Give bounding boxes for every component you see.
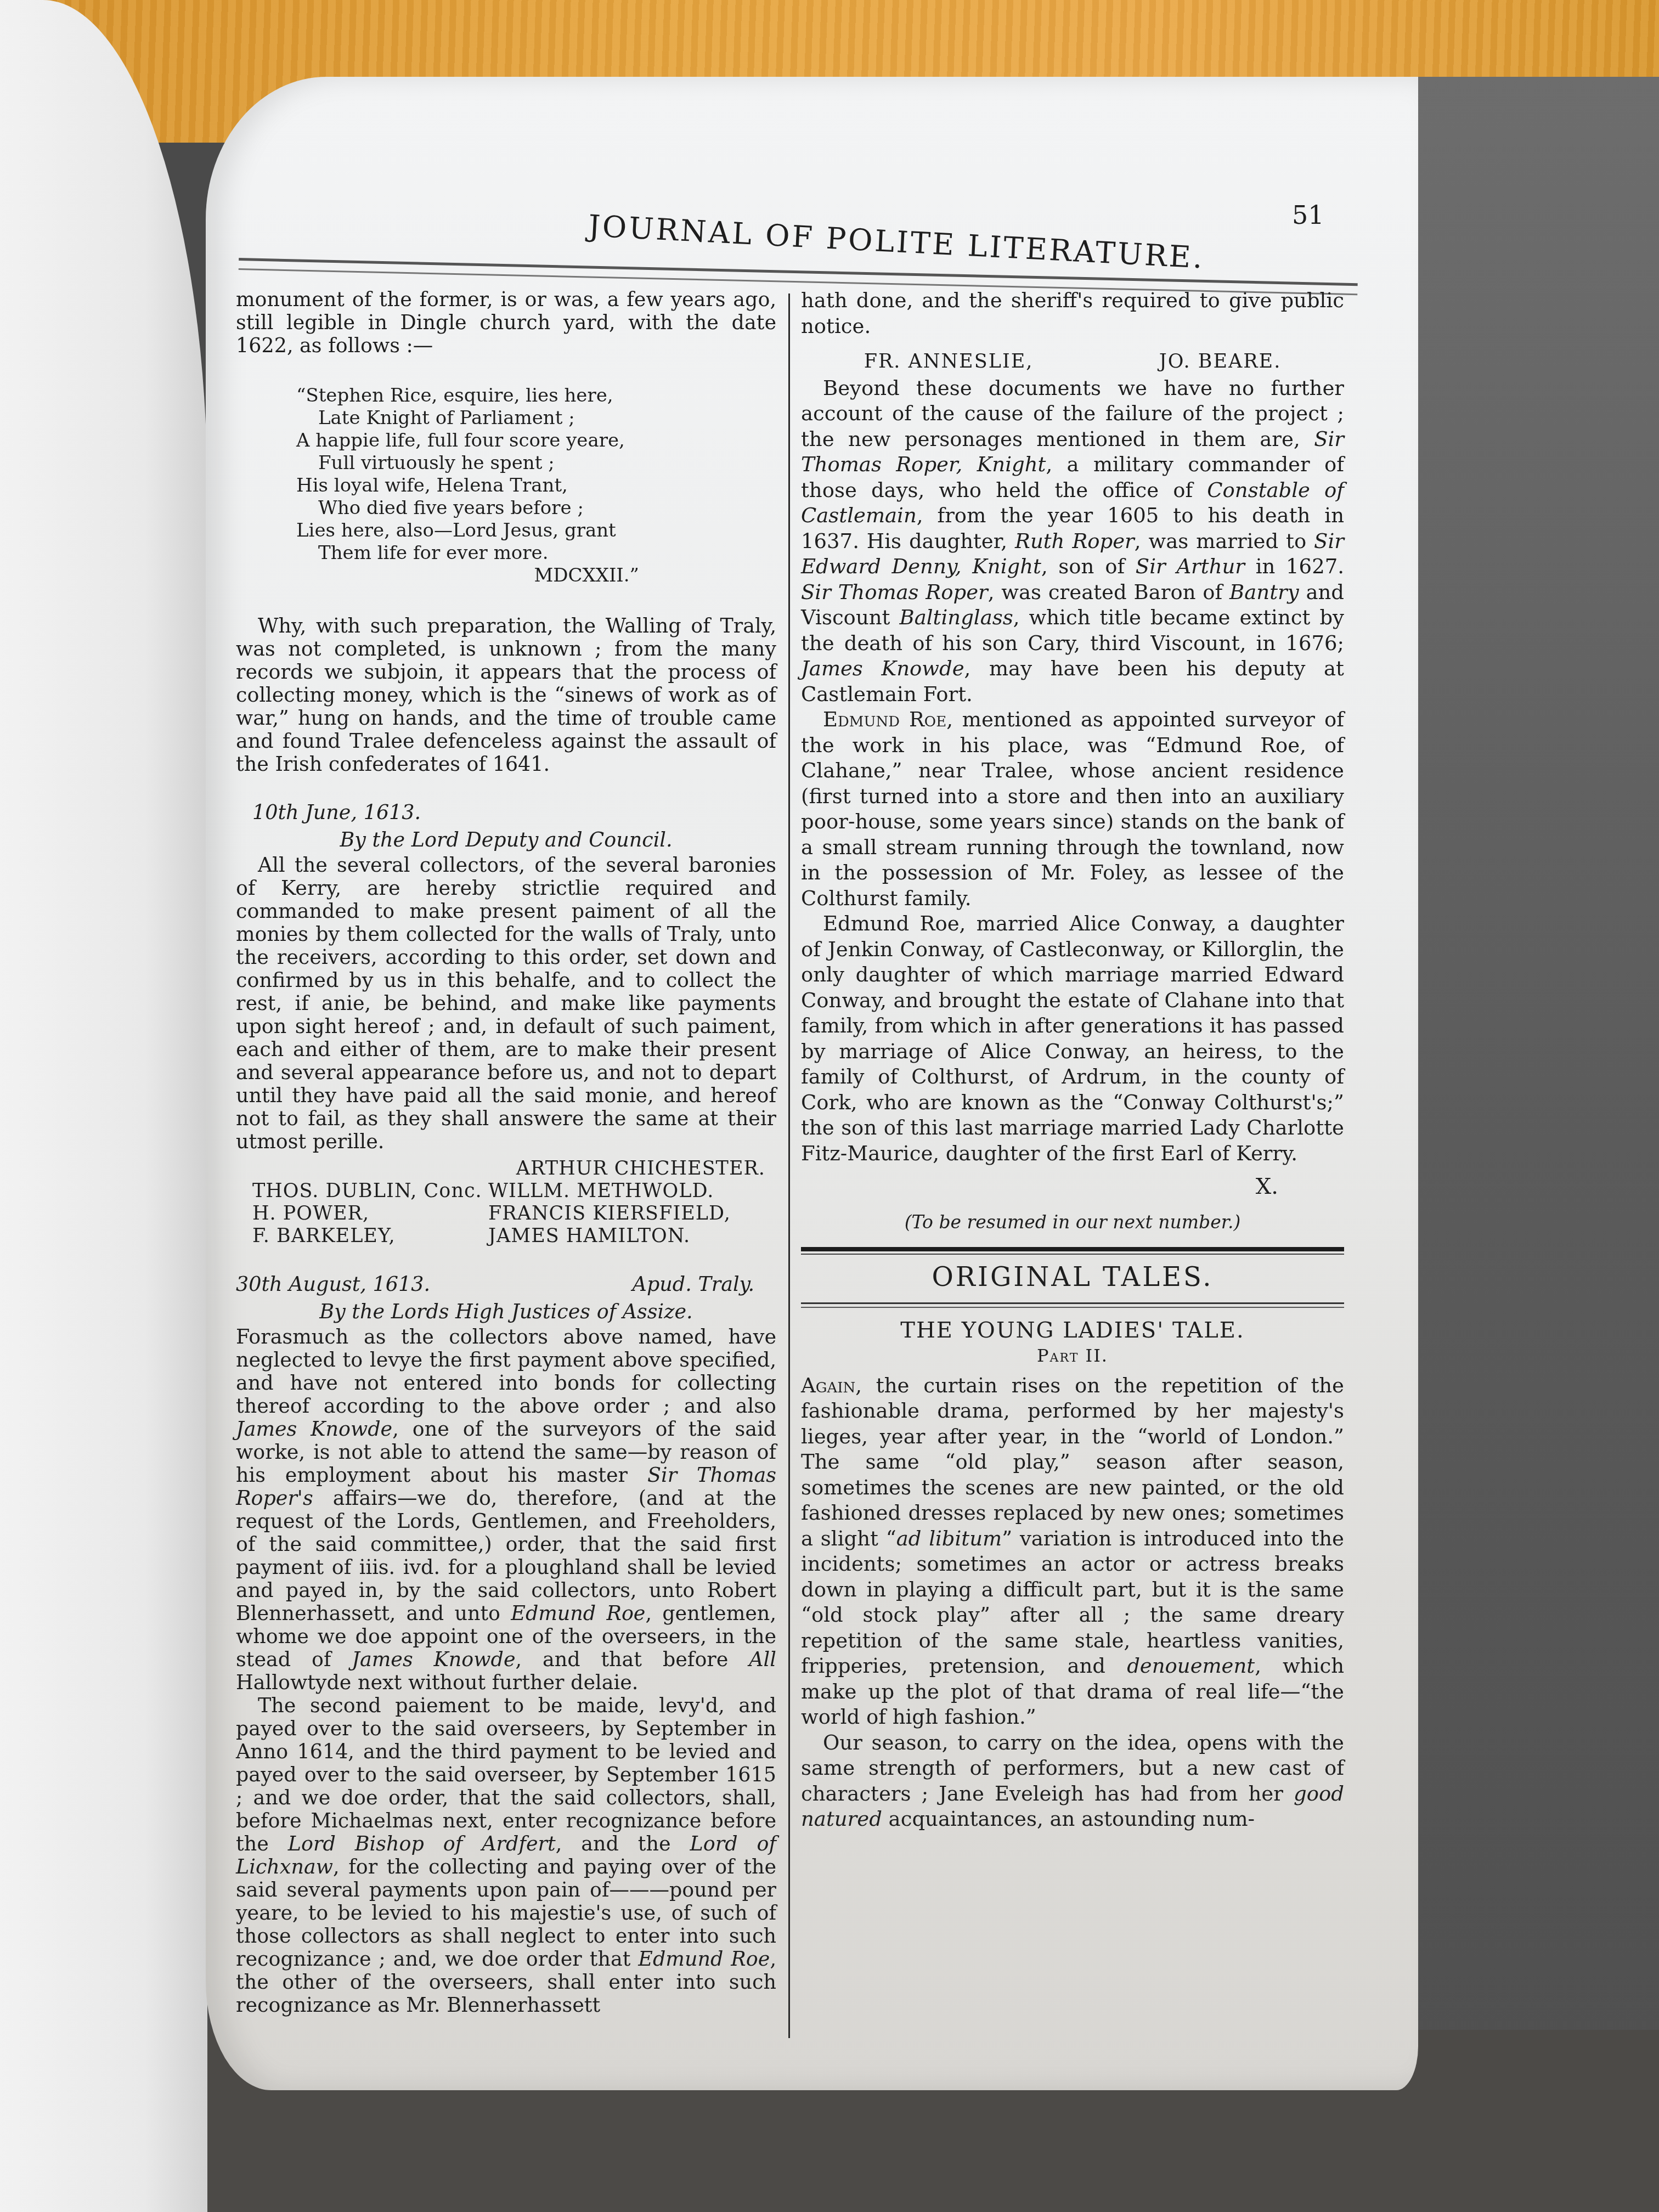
facing-page-edge <box>0 0 207 2212</box>
commentary-paragraph: Edmund Roe, mentioned as appointed surve… <box>801 707 1344 911</box>
italic-name: Lord Bishop of Ardfert <box>288 1832 556 1855</box>
italic-name: Ruth Roper <box>1015 529 1135 553</box>
commentary-paragraph: Edmund Roe, married Alice Conway, a daug… <box>801 911 1344 1166</box>
signatory: H. POWER, <box>236 1203 488 1225</box>
epitaph-line: Them life for ever more. <box>296 542 776 565</box>
document-authority: By the Lord Deputy and Council. <box>236 828 776 851</box>
signatory: THOS. DUBLIN, Conc. <box>236 1180 488 1203</box>
continuation-note: (To be resumed in our next number.) <box>801 1210 1344 1235</box>
italic-name: James Knowde <box>352 1647 515 1671</box>
italic-name: All <box>749 1647 776 1671</box>
tale-title: THE YOUNG LADIES' TALE. <box>801 1318 1344 1344</box>
signatory: FR. ANNESLIE, <box>864 349 1034 375</box>
small-caps-lead: Again <box>801 1374 855 1397</box>
section-title: ORIGINAL TALES. <box>801 1265 1344 1290</box>
left-column: monument of the former, is or was, a few… <box>236 288 776 2017</box>
text-run: , son of <box>1041 555 1136 578</box>
right-column: hath done, and the sheriff's required to… <box>801 288 1344 1832</box>
signatory-row: F. BARKELEY, JAMES HAMILTON. <box>236 1225 776 1248</box>
section-rule-thin <box>801 1254 1344 1255</box>
italic-name: Baltinglass <box>900 606 1013 629</box>
text-run: Our season, to carry on the idea, opens … <box>801 1731 1344 1805</box>
epitaph-line: A happie life, full four score yeare, <box>296 430 776 452</box>
walling-paragraph: Why, with such preparation, the Walling … <box>236 614 776 776</box>
signatory: FRANCIS KIERSFIELD, <box>488 1203 776 1225</box>
section-rule-double <box>801 1302 1344 1308</box>
signatory-row: THOS. DUBLIN, Conc. WILLM. METHWOLD. <box>236 1180 776 1203</box>
signatory: JO. BEARE. <box>1159 349 1282 375</box>
page-number: 51 <box>1292 200 1324 230</box>
text-run: , the curtain rises on the repetition of… <box>801 1374 1344 1550</box>
column-divider <box>788 294 790 2038</box>
signatory-row: H. POWER, FRANCIS KIERSFIELD, <box>236 1203 776 1225</box>
continuation-paragraph: hath done, and the sheriff's required to… <box>801 288 1344 339</box>
text-run: acquaintances, an astounding num- <box>882 1807 1255 1831</box>
italic-name: James Knowde <box>236 1417 392 1441</box>
signatories-block: FR. ANNESLIE, JO. BEARE. <box>801 349 1344 375</box>
signatory: F. BARKELEY, <box>236 1225 488 1248</box>
opening-paragraph: monument of the former, is or was, a few… <box>236 288 776 357</box>
text-run: in 1627. <box>1245 555 1344 578</box>
epitaph-line: Late Knight of Parliament ; <box>296 407 776 430</box>
tale-part: Part II. <box>801 1343 1344 1369</box>
document-body: Forasmuch as the collectors above named,… <box>236 1325 776 1694</box>
tale-paragraph: Our season, to carry on the idea, opens … <box>801 1730 1344 1832</box>
document-authority: By the Lords High Justices of Assize. <box>236 1300 776 1323</box>
epitaph-line: “Stephen Rice, esquire, lies here, <box>296 385 776 407</box>
document-date: 10th June, 1613. <box>236 801 776 824</box>
document-dateline: 30th August, 1613. Apud. Traly. <box>236 1273 776 1296</box>
signatories-block: ARTHUR CHICHESTER. THOS. DUBLIN, Conc. W… <box>236 1158 776 1248</box>
italic-phrase: denouement <box>1127 1654 1255 1678</box>
italic-phrase: ad libitum <box>896 1527 1002 1550</box>
text-run: , was created Baron of <box>988 580 1229 604</box>
signatory: JAMES HAMILTON. <box>488 1225 776 1248</box>
epitaph-date: MDCXXII.” <box>296 565 776 587</box>
tale-paragraph: Again, the curtain rises on the repetiti… <box>801 1373 1344 1730</box>
italic-name: James Knowde <box>801 657 964 680</box>
text-run: Hallowtyde next without further delaie. <box>236 1671 638 1694</box>
commentary-paragraph: Beyond these documents we have no furthe… <box>801 376 1344 708</box>
epitaph: “Stephen Rice, esquire, lies here, Late … <box>296 385 776 587</box>
text-run: The second paiement to be maide, levy'd,… <box>236 1694 776 1855</box>
italic-name: Bantry <box>1229 580 1299 604</box>
text-run: , and the <box>556 1832 690 1855</box>
text-run: , mentioned as appointed surveyor of the… <box>801 708 1344 910</box>
text-run: Beyond these documents we have no furthe… <box>801 376 1344 451</box>
document-body: All the several collectors, of the sever… <box>236 854 776 1153</box>
epitaph-line: Lies here, also—Lord Jesus, grant <box>296 520 776 542</box>
epitaph-line: His loyal wife, Helena Trant, <box>296 475 776 497</box>
signatory: ARTHUR CHICHESTER. <box>236 1158 776 1180</box>
document-place: Apud. Traly. <box>633 1273 754 1296</box>
italic-name: Sir Thomas Roper <box>801 580 988 604</box>
document-date: 30th August, 1613. <box>236 1273 430 1296</box>
italic-name: Sir Arthur <box>1136 555 1245 578</box>
dark-surface-background <box>1415 77 1659 2212</box>
italic-name: Edmund Roe <box>511 1601 645 1625</box>
text-run: , and that before <box>515 1647 749 1671</box>
italic-name: Edmund Roe <box>638 1947 770 1971</box>
signatory: WILLM. METHWOLD. <box>488 1180 776 1203</box>
author-signoff: X. <box>801 1174 1344 1200</box>
small-caps-name: Edmund Roe <box>823 708 946 731</box>
text-run: Forasmuch as the collectors above named,… <box>236 1325 776 1418</box>
epitaph-line: Who died five years before ; <box>296 497 776 520</box>
text-run: , was married to <box>1135 529 1314 553</box>
book-page: JOURNAL OF POLITE LITERATURE. 51 monumen… <box>206 77 1418 2090</box>
document-body: The second paiement to be maide, levy'd,… <box>236 1694 776 2017</box>
section-rule-thick <box>801 1247 1344 1251</box>
epitaph-line: Full virtuously he spent ; <box>296 452 776 475</box>
